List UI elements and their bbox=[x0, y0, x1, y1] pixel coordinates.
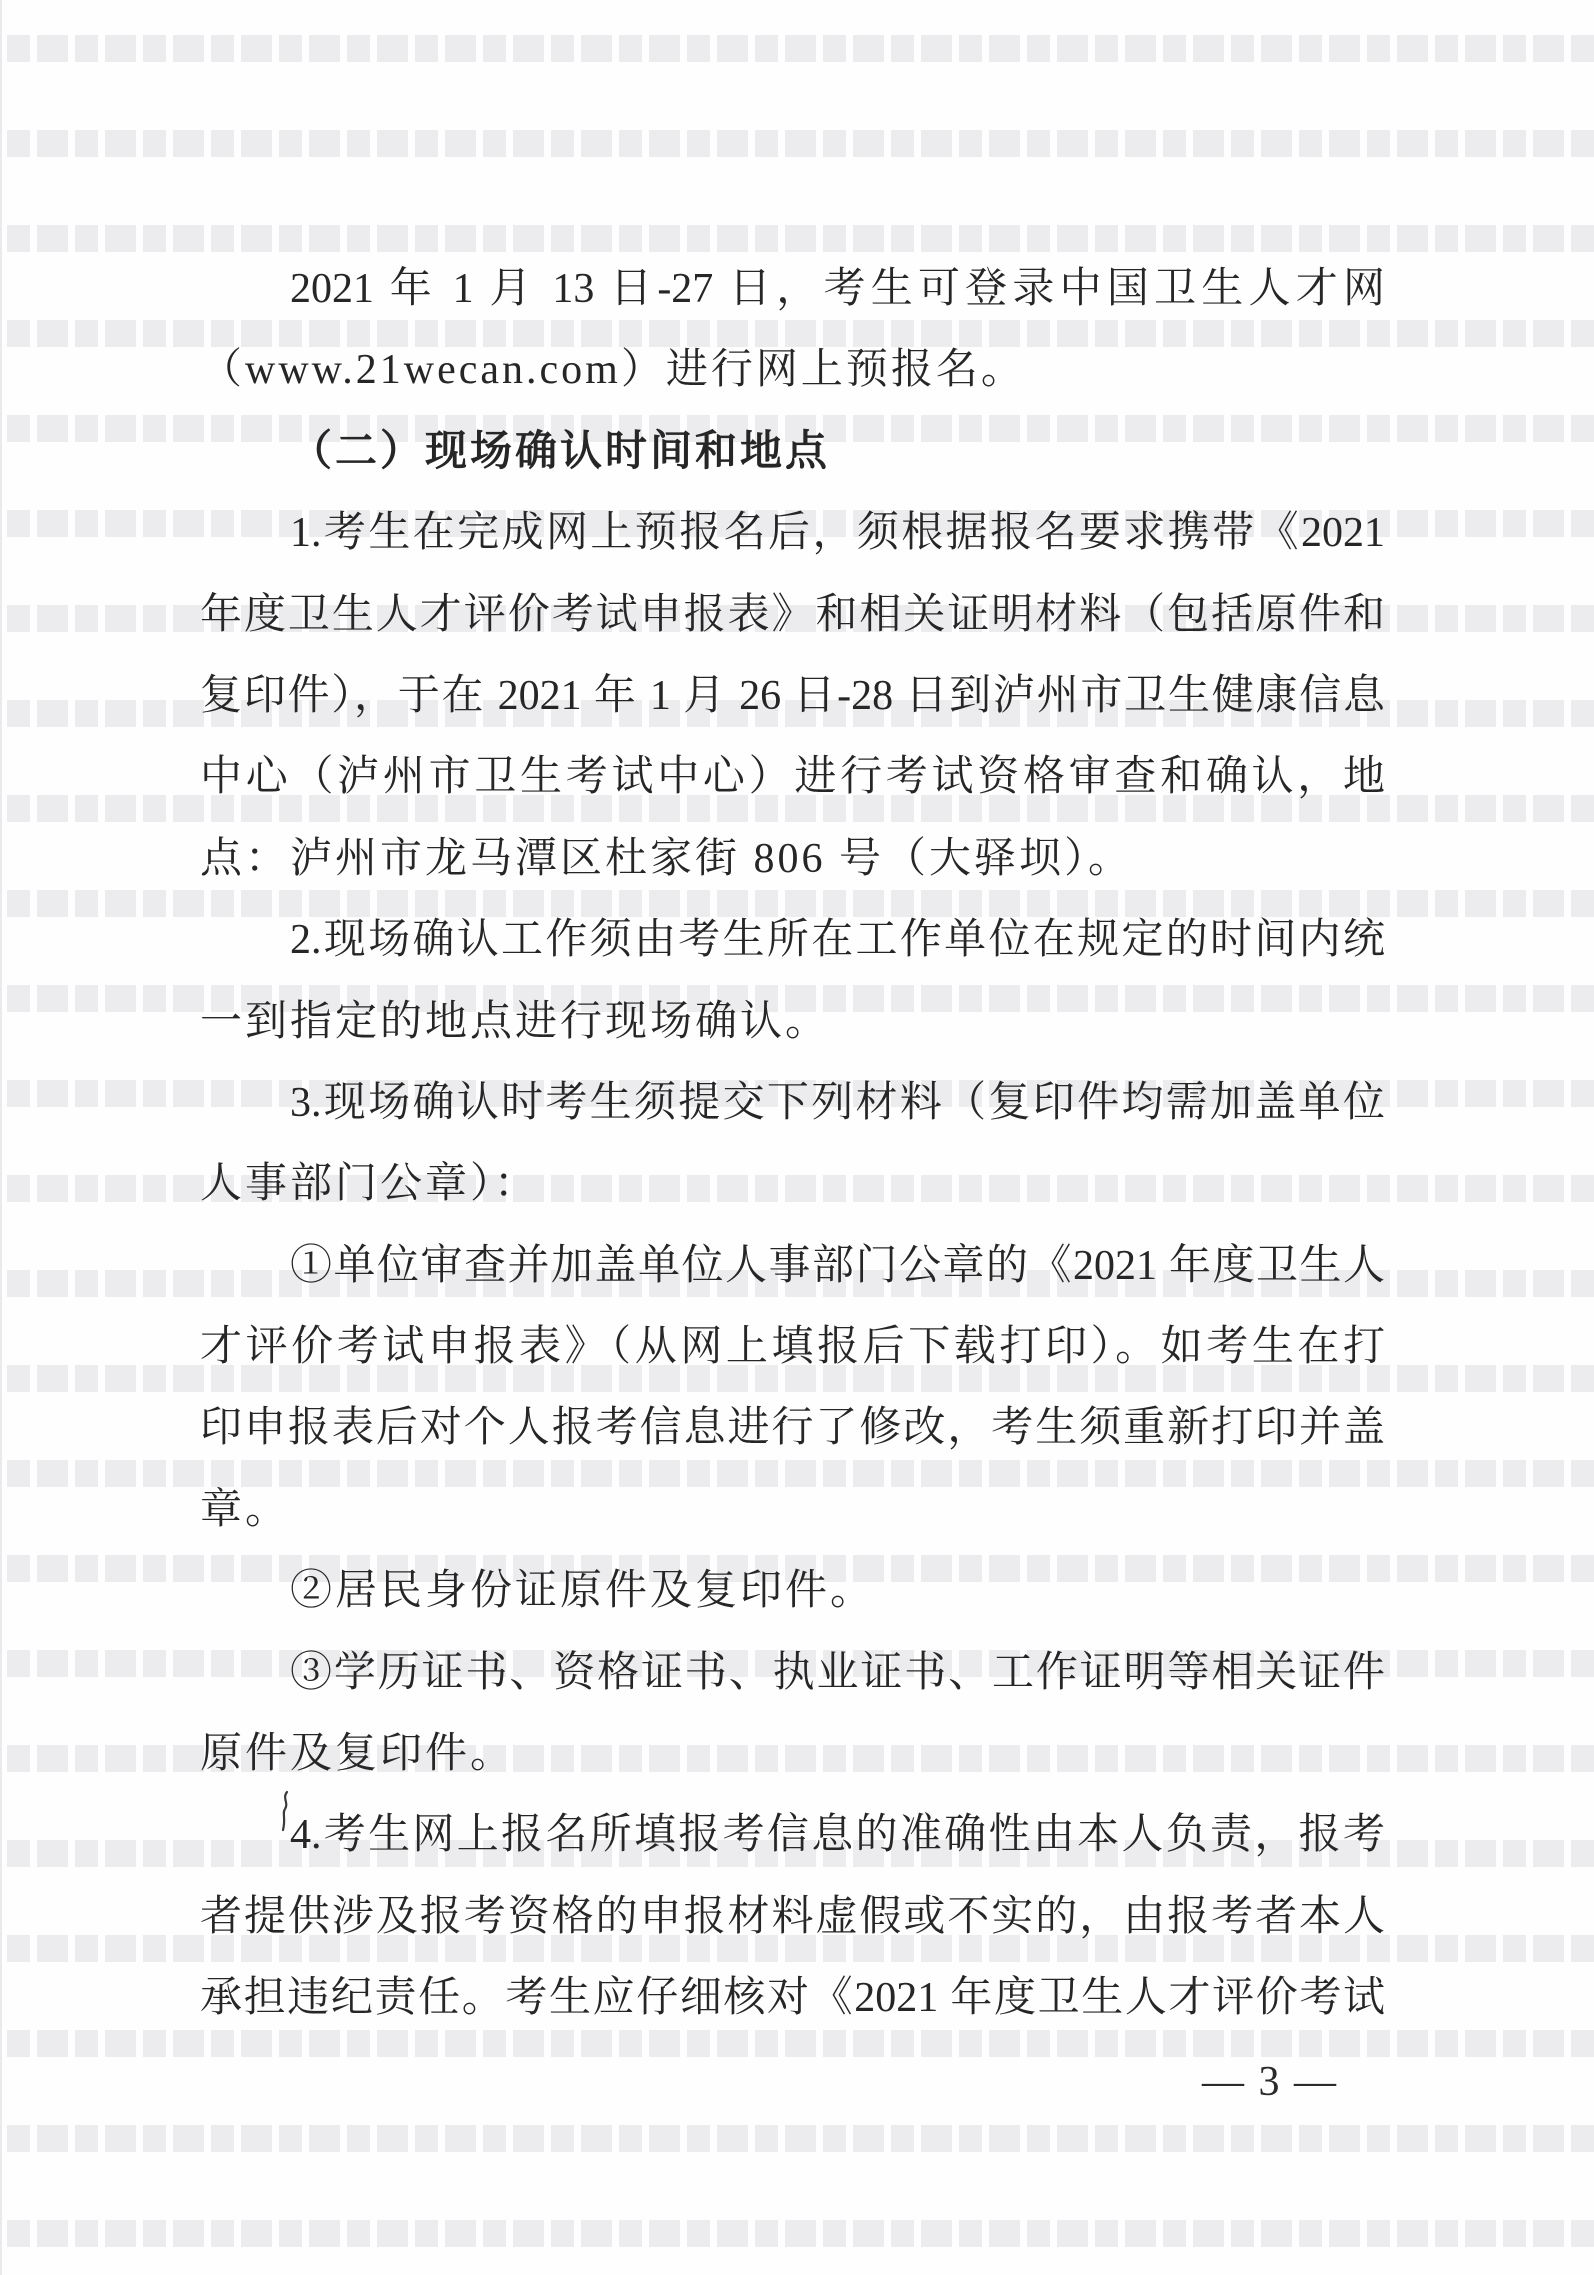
text-line: 4.考生网上报名所填报考信息的准确性由本人负责，报考 bbox=[200, 1795, 1385, 1876]
text-line: 中心（泸州市卫生考试中心）进行考试资格审查和确认，地 bbox=[200, 737, 1385, 818]
text-line: 2021 年 1 月 13 日-27 日，考生可登录中国卫生人才网 bbox=[200, 249, 1385, 330]
text-line: ②居民身份证原件及复印件。 bbox=[200, 1551, 1385, 1632]
text-line: 印申报表后对个人报考信息进行了修改，考生须重新打印并盖 bbox=[200, 1388, 1385, 1469]
stray-ink-mark bbox=[277, 1790, 295, 1832]
squiggle-icon bbox=[277, 1790, 295, 1832]
text-line: 承担违纪责任。考生应仔细核对《2021 年度卫生人才评价考试 bbox=[200, 1958, 1385, 2039]
scanned-document-page: { "page": { "background": "#fefefe", "te… bbox=[0, 0, 1594, 2275]
text-line: 才评价考试申报表》（从网上填报后下载打印）。如考生在打 bbox=[200, 1307, 1385, 1388]
text-line: 章。 bbox=[200, 1470, 1385, 1551]
document-body: 2021 年 1 月 13 日-27 日，考生可登录中国卫生人才网（www.21… bbox=[200, 249, 1385, 2040]
text-line: 1.考生在完成网上预报名后，须根据报名要求携带《2021 bbox=[200, 493, 1385, 574]
text-line: ①单位审查并加盖单位人事部门公章的《2021 年度卫生人 bbox=[200, 1226, 1385, 1307]
text-line: 点：泸州市龙马潭区杜家街 806 号（大驿坝）。 bbox=[200, 819, 1385, 900]
text-line: 年度卫生人才评价考试申报表》和相关证明材料（包括原件和 bbox=[200, 575, 1385, 656]
section-heading: （二）现场确认时间和地点 bbox=[200, 412, 1385, 493]
page-number: — 3 — bbox=[1170, 2042, 1370, 2123]
left-scan-edge bbox=[0, 0, 2, 2275]
text-line: ③学历证书、资格证书、执业证书、工作证明等相关证件 bbox=[200, 1633, 1385, 1714]
text-line: 人事部门公章）： bbox=[200, 1144, 1385, 1225]
text-line: 一到指定的地点进行现场确认。 bbox=[200, 982, 1385, 1063]
text-line: （www.21wecan.com）进行网上预报名。 bbox=[200, 330, 1385, 411]
text-line: 2.现场确认工作须由考生所在工作单位在规定的时间内统 bbox=[200, 900, 1385, 981]
text-line: 者提供涉及报考资格的申报材料虚假或不实的，由报考者本人 bbox=[200, 1877, 1385, 1958]
text-line: 3.现场确认时考生须提交下列材料（复印件均需加盖单位 bbox=[200, 1063, 1385, 1144]
text-line: 复印件），于在 2021 年 1 月 26 日-28 日到泸州市卫生健康信息 bbox=[200, 656, 1385, 737]
text-line: 原件及复印件。 bbox=[200, 1714, 1385, 1795]
